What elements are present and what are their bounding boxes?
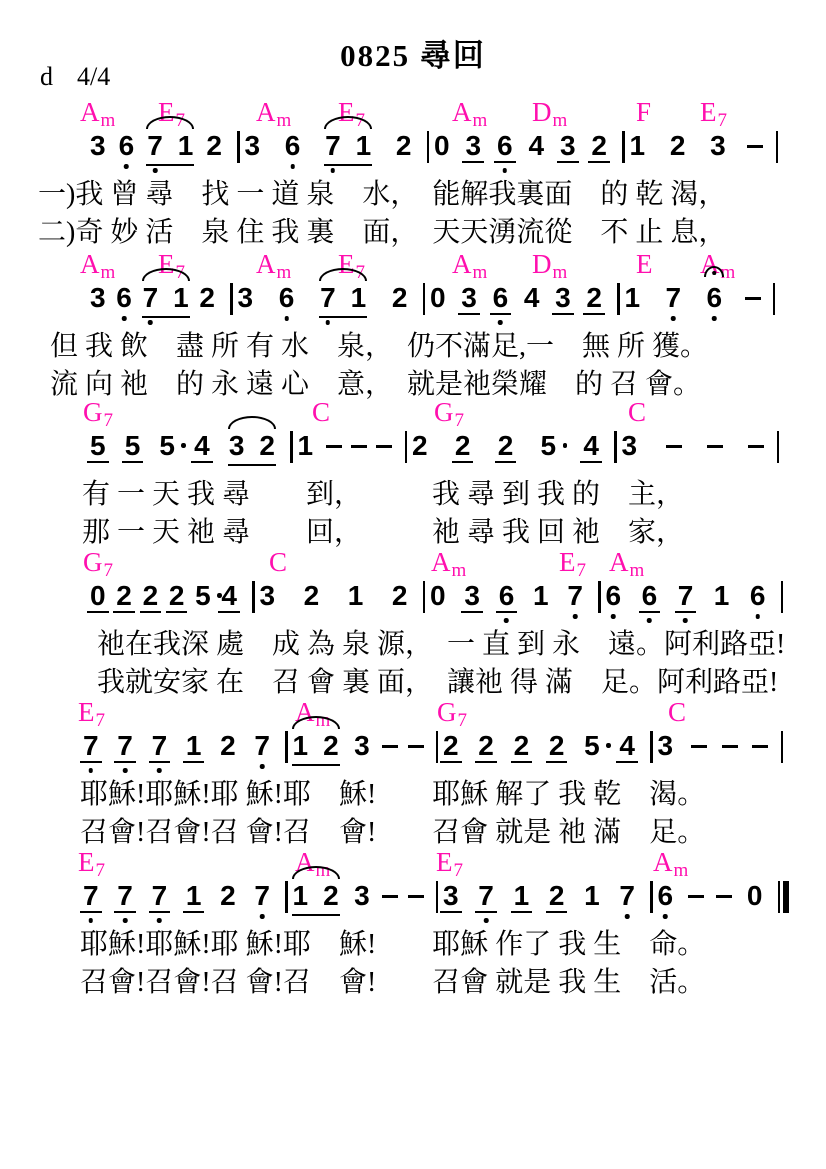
note-digit: 7 xyxy=(251,880,273,911)
note: 2 xyxy=(452,430,474,474)
duration-dash xyxy=(408,745,424,748)
low-octave-dot-icon xyxy=(611,614,616,619)
note: 2 xyxy=(256,430,278,474)
chord-root: C xyxy=(628,397,646,427)
note: 1 xyxy=(353,130,375,174)
measure: 22254 xyxy=(407,430,614,474)
low-octave-dot-icon xyxy=(260,764,265,769)
lyric-line: 二)奇 妙 活 泉 住 我 裏 面， 天天湧流從 不 止 息， xyxy=(0,214,826,252)
note-digit: 5 xyxy=(87,430,109,463)
note-digit: 2 xyxy=(113,580,135,613)
chord-subscript: m xyxy=(553,262,568,283)
tie-group: 12 xyxy=(290,880,342,924)
tie-group: 71 xyxy=(140,282,192,326)
note-digit: 4 xyxy=(218,580,240,613)
chord-root: E xyxy=(636,249,653,279)
chord-root: A xyxy=(452,97,472,127)
chord-row: E7AmG7C xyxy=(0,696,826,730)
note-digit: 1 xyxy=(295,430,317,461)
chord-row: AmE7AmE7AmDmFE7 xyxy=(0,96,826,130)
note: 0 xyxy=(744,880,766,924)
note: 6 xyxy=(490,282,512,326)
note: 7 xyxy=(663,282,685,326)
note: 2 xyxy=(393,130,415,174)
measure: 777127 xyxy=(78,880,285,924)
chord-subscript: m xyxy=(473,110,488,131)
chord-subscript: 7 xyxy=(96,860,106,881)
note: 7 xyxy=(149,880,171,924)
low-octave-dot-icon xyxy=(755,614,760,619)
duration-dash xyxy=(722,745,738,748)
note-digit: 7 xyxy=(149,880,171,913)
note-digit: 0 xyxy=(427,282,449,313)
low-octave-dot-icon xyxy=(663,914,668,919)
note: 3 xyxy=(619,430,641,474)
hymn-sheet: 0825 尋回 d4/4 AmE7AmE7AmDmFE7367123671203… xyxy=(0,0,826,1169)
note-digit: 7 xyxy=(251,730,273,761)
note-digit: 4 xyxy=(525,130,547,161)
note-digit: 7 xyxy=(317,282,339,313)
note: 4 xyxy=(521,282,543,326)
note: 2 xyxy=(217,880,239,924)
note: 0 xyxy=(431,130,453,174)
note-digit: 3 xyxy=(619,430,641,461)
note: 1 xyxy=(345,580,367,624)
low-octave-dot-icon xyxy=(122,316,127,321)
chord-root: F xyxy=(636,97,651,127)
lyric-line: 但 我 飲 盡 所 有 水 泉， 仍不滿足,一 無 所 獲。 xyxy=(0,328,826,366)
note: 5 xyxy=(122,430,144,474)
tie-group: 71 xyxy=(317,282,369,326)
chord-root: E xyxy=(559,547,576,577)
chord-subscript: 7 xyxy=(104,410,114,431)
duration-dash xyxy=(382,745,398,748)
note-digit: 3 xyxy=(461,580,483,613)
duration-dash xyxy=(688,895,704,898)
chord-symbol: C xyxy=(312,397,330,427)
barline xyxy=(773,283,776,315)
note-digit: 2 xyxy=(389,580,411,611)
note-digit: 0 xyxy=(431,130,453,161)
note-digit: 3 xyxy=(458,282,480,315)
note: 1 xyxy=(175,130,197,174)
note: 6 xyxy=(282,130,304,174)
note-digit: 2 xyxy=(166,580,188,613)
note: 7 xyxy=(317,282,339,326)
note-digit: 3 xyxy=(242,130,264,161)
note: 7 xyxy=(475,880,497,924)
duration-dash xyxy=(748,445,764,448)
low-octave-dot-icon xyxy=(124,164,129,169)
note: 6 xyxy=(655,880,677,924)
chord-subscript: m xyxy=(101,110,116,131)
note-digit: 2 xyxy=(217,880,239,911)
note-digit: 5 xyxy=(156,430,178,461)
note-digit: 3 xyxy=(351,880,373,911)
measure: 176 xyxy=(620,282,773,326)
chord-symbol: C xyxy=(668,697,686,727)
chord-root: A xyxy=(431,547,451,577)
note-digit: 2 xyxy=(389,282,411,313)
note: 2 xyxy=(301,580,323,624)
note-digit: 1 xyxy=(530,580,552,611)
chord-root: A xyxy=(80,249,100,279)
note: 2 xyxy=(588,130,610,174)
note: 3 xyxy=(351,730,373,774)
chord-row: E7AmE7Am xyxy=(0,846,826,880)
note: 6 xyxy=(747,580,769,624)
note-digit: 2 xyxy=(440,730,462,763)
note-digit: 3 xyxy=(707,130,729,161)
low-octave-dot-icon xyxy=(504,618,509,623)
note: 1 xyxy=(511,880,533,924)
chord-root: D xyxy=(532,249,552,279)
note: 5 xyxy=(538,430,560,474)
chord-root: A xyxy=(256,249,276,279)
note-digit: 6 xyxy=(282,130,304,161)
note: 1 xyxy=(627,130,649,174)
note-digit: 3 xyxy=(655,730,677,761)
note-digit: 3 xyxy=(87,282,109,313)
chord-symbol: Am xyxy=(452,97,487,131)
note-digit: 2 xyxy=(140,580,162,613)
tie-group: 71 xyxy=(322,130,374,174)
chord-symbol: G7 xyxy=(434,397,464,431)
note-digit: 6 xyxy=(639,580,661,613)
note-digit: 3 xyxy=(557,130,579,163)
note-digit: 4 xyxy=(521,282,543,313)
note: 3 xyxy=(440,880,462,924)
note: 3 xyxy=(226,430,248,474)
note-digit: 7 xyxy=(149,730,171,763)
measure: 36712 xyxy=(85,282,230,326)
note: 2 xyxy=(217,730,239,774)
note: 7 xyxy=(322,130,344,174)
chord-subscript: 7 xyxy=(718,110,728,131)
notation-row: 77712712337121760 xyxy=(0,880,826,926)
chord-subscript: m xyxy=(553,110,568,131)
note: 6 xyxy=(639,580,661,624)
low-octave-dot-icon xyxy=(260,914,265,919)
note-digit: 7 xyxy=(114,730,136,763)
chord-root: C xyxy=(668,697,686,727)
low-octave-dot-icon xyxy=(89,918,94,923)
chord-root: E xyxy=(436,847,453,877)
note: 2 xyxy=(320,880,342,924)
note-digit: 5 xyxy=(538,430,560,461)
chord-root: E xyxy=(700,97,717,127)
note: 4 xyxy=(218,580,240,624)
chord-subscript: m xyxy=(277,262,292,283)
note: 4 xyxy=(525,130,547,174)
chord-symbol: Am xyxy=(256,249,291,283)
note-digit: 1 xyxy=(348,282,370,313)
note-digit: 6 xyxy=(704,282,726,313)
low-octave-dot-icon xyxy=(284,316,289,321)
chord-subscript: 7 xyxy=(96,710,106,731)
note-digit: 1 xyxy=(353,130,375,161)
chord-symbol: G7 xyxy=(437,697,467,731)
measure: 66716 xyxy=(601,580,781,624)
tie-group: 71 xyxy=(144,130,196,174)
duration-dash xyxy=(326,445,342,448)
note-digit: 7 xyxy=(475,880,497,913)
note-digit: 3 xyxy=(226,430,248,461)
note: 1 xyxy=(622,282,644,326)
note-digit: 2 xyxy=(196,282,218,313)
note: 2 xyxy=(583,282,605,326)
note: 7 xyxy=(114,730,136,774)
note: 0 xyxy=(87,580,109,624)
note: 3 xyxy=(87,282,109,326)
note: 2 xyxy=(389,580,411,624)
measure: 222254 xyxy=(438,730,650,774)
note: 3 xyxy=(235,282,257,326)
note: 2 xyxy=(166,580,188,624)
note-digit: 6 xyxy=(276,282,298,313)
note-digit: 7 xyxy=(114,880,136,913)
note-digit: 3 xyxy=(552,282,574,315)
system: G7CAmE7Am02225432120361766716祂在我深 處 成 為 … xyxy=(0,546,826,702)
note-digit: 2 xyxy=(301,580,323,611)
system: AmE7AmE7AmDmEAm3671236712036432176但 我 飲 … xyxy=(0,248,826,404)
note: 2 xyxy=(113,580,135,624)
note-digit: 0 xyxy=(427,580,449,611)
note-digit: 1 xyxy=(345,580,367,611)
chord-subscript: m xyxy=(277,110,292,131)
notation-row: 02225432120361766716 xyxy=(0,580,826,626)
note-digit: 2 xyxy=(320,730,342,761)
note: 3 xyxy=(552,282,574,326)
note: 7 xyxy=(616,880,638,924)
note: 2 xyxy=(475,730,497,774)
final-barline xyxy=(778,881,790,913)
note-digit: 1 xyxy=(175,130,197,161)
note-digit: 7 xyxy=(80,730,102,763)
chord-symbol: Am xyxy=(80,249,115,283)
note-digit: 7 xyxy=(80,880,102,913)
chord-root: G xyxy=(83,547,103,577)
note: 3 xyxy=(655,730,677,774)
low-octave-dot-icon xyxy=(153,168,158,173)
chord-root: E xyxy=(78,847,95,877)
chord-root: C xyxy=(269,547,287,577)
measure: 123 xyxy=(288,880,436,924)
notation-row: 3671236712036432123 xyxy=(0,130,826,176)
note-digit: 2 xyxy=(495,430,517,463)
low-octave-dot-icon xyxy=(503,168,508,173)
lyric-line: 召會!召會!召 會!召 會! 召會 就是 我 生 活。 xyxy=(0,964,826,1002)
note: 1 xyxy=(711,580,733,624)
barline xyxy=(777,431,780,463)
low-octave-dot-icon xyxy=(290,164,295,169)
note-digit: 7 xyxy=(144,130,166,161)
measure: 555432 xyxy=(85,430,290,474)
note: 6 xyxy=(494,130,516,174)
note: 2 xyxy=(409,430,431,474)
chord-subscript: 7 xyxy=(104,560,114,581)
note: 7 xyxy=(80,880,102,924)
notation-row: 5554321222543 xyxy=(0,430,826,476)
note-digit: 6 xyxy=(494,130,516,163)
chord-subscript: m xyxy=(101,262,116,283)
low-octave-dot-icon xyxy=(671,316,676,321)
chord-row: G7CAmE7Am xyxy=(0,546,826,580)
note-digit: 3 xyxy=(257,580,279,611)
note: 7 xyxy=(675,580,697,624)
augmentation-dot-icon xyxy=(563,443,568,448)
note: 2 xyxy=(140,580,162,624)
note-digit: 1 xyxy=(183,730,205,763)
chord-symbol: C xyxy=(628,397,646,427)
note-digit: 1 xyxy=(622,282,644,313)
low-octave-dot-icon xyxy=(326,320,331,325)
chord-subscript: m xyxy=(674,860,689,881)
lyric-line: 一)我 曾 尋 找 一 道 泉 水， 能解我裏面 的 乾 渴， xyxy=(0,176,826,214)
chord-root: C xyxy=(312,397,330,427)
note: 2 xyxy=(440,730,462,774)
lyric-line: 祂在我深 處 成 為 泉 源， 一 直 到 永 遠。阿利路亞! xyxy=(0,626,826,664)
low-octave-dot-icon xyxy=(625,914,630,919)
note: 1 xyxy=(295,430,317,474)
low-octave-dot-icon xyxy=(683,618,688,623)
note: 6 xyxy=(276,282,298,326)
note: 7 xyxy=(251,880,273,924)
note: 1 xyxy=(170,282,192,326)
note-digit: 1 xyxy=(183,880,205,913)
note: 1 xyxy=(290,880,312,924)
note: 5 xyxy=(581,730,603,774)
note: 2 xyxy=(546,730,568,774)
note-digit: 6 xyxy=(490,282,512,315)
chord-subscript: 7 xyxy=(455,410,465,431)
page-title: 0825 尋回 xyxy=(0,30,826,75)
note: 7 xyxy=(149,730,171,774)
measure: 123 xyxy=(288,730,436,774)
duration-dash xyxy=(376,445,392,448)
note: 2 xyxy=(389,282,411,326)
duration-dash xyxy=(745,297,761,300)
notation-row: 3671236712036432176 xyxy=(0,282,826,328)
lyric-line: 耶穌!耶穌!耶 穌!耶 穌! 耶穌 作了 我 生 命。 xyxy=(0,926,826,964)
chord-symbol: Am xyxy=(653,847,688,881)
note-digit: 1 xyxy=(511,880,533,913)
chord-symbol: E7 xyxy=(700,97,727,131)
note-digit: 7 xyxy=(322,130,344,161)
note: 5 xyxy=(192,580,214,624)
note-digit: 2 xyxy=(511,730,533,763)
low-octave-dot-icon xyxy=(123,768,128,773)
note: 3 xyxy=(707,130,729,174)
duration-dash xyxy=(408,895,424,898)
low-octave-dot-icon xyxy=(498,320,503,325)
barline xyxy=(776,131,779,163)
note: 3 xyxy=(458,282,480,326)
note: 1 xyxy=(348,282,370,326)
system: G7CG7C5554321222543有 一 天 我 尋 到， 我 尋 到 我 … xyxy=(0,396,826,552)
note-digit: 1 xyxy=(627,130,649,161)
note: 4 xyxy=(191,430,213,474)
measure: 36712 xyxy=(233,282,423,326)
duration-dash xyxy=(752,745,768,748)
note: 3 xyxy=(242,130,264,174)
note-digit: 2 xyxy=(320,880,342,911)
note: 1 xyxy=(290,730,312,774)
note: 7 xyxy=(251,730,273,774)
chord-symbol: Am xyxy=(452,249,487,283)
measure: 3 xyxy=(653,730,781,774)
chord-subscript: 7 xyxy=(454,860,464,881)
time-signature: 4/4 xyxy=(77,62,110,91)
note: 5 xyxy=(156,430,178,474)
note-digit: 4 xyxy=(580,430,602,463)
note: 2 xyxy=(495,430,517,474)
note: 7 xyxy=(564,580,586,624)
chord-symbol: E7 xyxy=(78,847,105,881)
note-digit: 2 xyxy=(475,730,497,763)
chord-symbol: Am xyxy=(609,547,644,581)
note-digit: 4 xyxy=(191,430,213,463)
note: 2 xyxy=(511,730,533,774)
note-digit: 5 xyxy=(122,430,144,463)
note-digit: 3 xyxy=(351,730,373,761)
chord-subscript: m xyxy=(473,262,488,283)
measure: 371217 xyxy=(438,880,650,924)
note-digit: 3 xyxy=(87,130,109,161)
note: 2 xyxy=(320,730,342,774)
note-digit: 6 xyxy=(603,580,625,611)
augmentation-dot-icon xyxy=(181,443,186,448)
note-digit: 1 xyxy=(290,880,312,911)
chord-symbol: Am xyxy=(80,97,115,131)
measure: 036432 xyxy=(429,130,622,174)
chord-subscript: m xyxy=(452,560,467,581)
note-digit: 6 xyxy=(655,880,677,911)
note-digit: 2 xyxy=(667,130,689,161)
chord-symbol: C xyxy=(269,547,287,577)
low-octave-dot-icon xyxy=(157,918,162,923)
chord-symbol: Dm xyxy=(532,97,567,131)
measure: 777127 xyxy=(78,730,285,774)
note-digit: 7 xyxy=(675,580,697,613)
chord-root: G xyxy=(434,397,454,427)
duration-dash xyxy=(716,895,732,898)
chord-symbol: E7 xyxy=(436,847,463,881)
note-digit: 7 xyxy=(663,282,685,313)
low-octave-dot-icon xyxy=(647,618,652,623)
chord-row: G7CG7C xyxy=(0,396,826,430)
note: 5 xyxy=(87,430,109,474)
system: E7AmE7Am77712712337121760耶穌!耶穌!耶 穌!耶 穌! … xyxy=(0,846,826,1002)
measure: 36712 xyxy=(85,130,237,174)
note: 3 xyxy=(557,130,579,174)
low-octave-dot-icon xyxy=(712,316,717,321)
low-octave-dot-icon xyxy=(123,918,128,923)
note: 2 xyxy=(196,282,218,326)
note: 0 xyxy=(427,282,449,326)
measure: 036432 xyxy=(425,282,617,326)
chord-root: A xyxy=(256,97,276,127)
chord-symbol: E7 xyxy=(78,697,105,731)
chord-symbol: Am xyxy=(256,97,291,131)
duration-dash xyxy=(691,745,707,748)
chord-root: G xyxy=(83,397,103,427)
note-digit: 2 xyxy=(546,880,568,913)
note-digit: 0 xyxy=(744,880,766,911)
note: 6 xyxy=(704,282,726,326)
note: 4 xyxy=(616,730,638,774)
chord-symbol: Dm xyxy=(532,249,567,283)
